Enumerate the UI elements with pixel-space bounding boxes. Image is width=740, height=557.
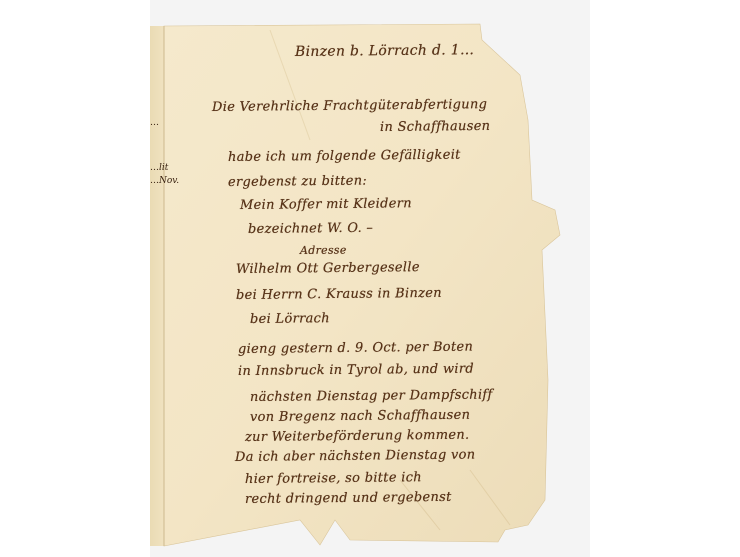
salutation: Die Verehrliche Frachtgüterabfertigung [212,97,487,115]
letter-line: zur Weiterbeförderung kommen. [245,428,470,445]
margin-fragment: … [150,118,159,128]
margin-fragment: …lit [150,163,168,173]
letter-line: Adresse [300,244,347,257]
letter-line: von Bregenz nach Schaffhausen [250,408,470,425]
letter-line: habe ich um folgende Gefälligkeit [228,148,461,165]
margin-fragment: …Nov. [150,176,179,186]
salutation-location: in Schaffhausen [380,119,490,135]
dateline: Binzen b. Lörrach d. 1… [295,42,474,60]
letter-line: bei Herrn C. Krauss in Binzen [236,286,442,303]
letter-line: nächsten Dienstag per Dampfschiff [250,387,493,405]
letter-line: gieng gestern d. 9. Oct. per Boten [238,340,473,357]
letter-line: bezeichnet W. O. – [248,221,373,237]
letter-line: hier fortreise, so bitte ich [245,470,422,487]
letter-line: ergebenst zu bitten: [228,174,367,190]
letter-line: Mein Koffer mit Kleidern [240,196,412,213]
letter-line: Da ich aber nächsten Dienstag von [235,447,476,465]
letter-sheet: … …lit …Nov. Binzen b. Lörrach d. 1… Die… [150,0,590,557]
document-viewer: … …lit …Nov. Binzen b. Lörrach d. 1… Die… [0,0,740,557]
letter-line: bei Lörrach [250,311,330,327]
letter-line: recht dringend und ergebenst [245,490,452,507]
letter-line: Wilhelm Ott Gerbergeselle [236,260,420,277]
letter-line: in Innsbruck in Tyrol ab, und wird [238,362,474,379]
